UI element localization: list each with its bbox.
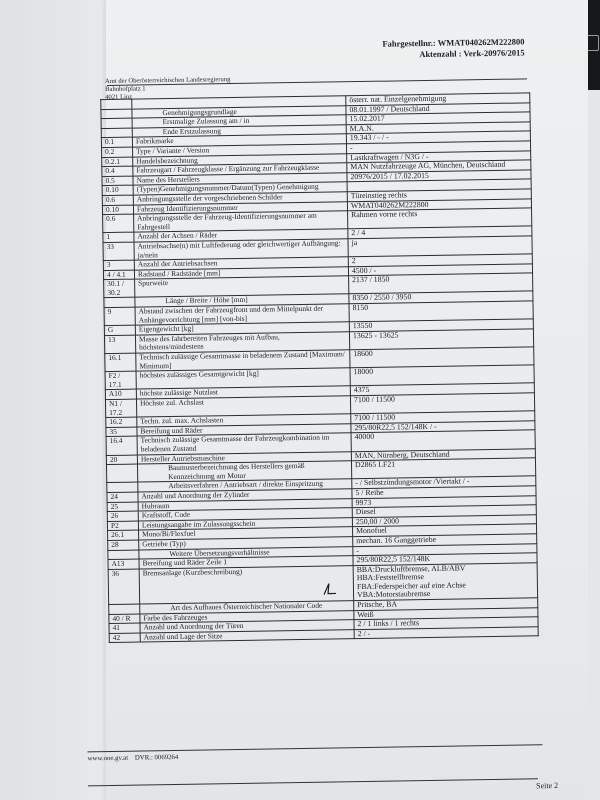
row-code: 42 [109, 633, 140, 643]
footer: www.ooe.gv.at DVR.: 0069264 [88, 754, 179, 762]
row-code [101, 99, 132, 109]
row-code: 0.6 [102, 195, 133, 205]
row-code: 28 [108, 540, 139, 550]
row-code: 9 [104, 307, 135, 326]
footer-divider [87, 744, 542, 752]
row-code: 30.1 / 30.2 [104, 279, 135, 298]
row-code [109, 604, 140, 614]
row-code: 3 [103, 260, 134, 270]
row-code: 0.2 [102, 147, 133, 157]
row-code: G [104, 325, 135, 335]
row-code: 33 [103, 242, 134, 261]
pen-mark-icon [323, 581, 337, 595]
document-content: Fahrgestellnr.: WMAT040262M222800 Aktenz… [0, 0, 600, 800]
row-code: 16.4 [106, 436, 137, 455]
page-number: Seite 2 [536, 781, 558, 790]
row-code: 16.1 [105, 353, 136, 372]
row-code: 26.1 [108, 530, 139, 540]
row-code: 0.6 [103, 214, 134, 233]
row-label: Bremsanlage (Kurzbeschreibung) [139, 565, 354, 604]
vehicle-spec-table: österr. nat. EinzelgenehmigungGenehmigun… [100, 92, 538, 643]
row-code [101, 118, 132, 128]
row-code: A13 [108, 559, 139, 569]
row-code: 20 [106, 455, 137, 465]
bottom-divider [88, 778, 538, 786]
footer-website: www.ooe.gv.at [88, 755, 129, 763]
row-code [106, 464, 137, 483]
footer-dvr: DVR.: 0069264 [135, 754, 179, 762]
row-code: 16.2 [106, 417, 137, 427]
row-code [101, 109, 132, 119]
row-value: BBA:Druckluftbremse, ALB/ABV HBA:Festste… [353, 562, 538, 600]
row-code: 1 [103, 232, 134, 242]
row-code: 24 [107, 492, 138, 502]
row-code: 13 [104, 335, 135, 354]
row-code: 26 [107, 511, 138, 521]
document-header-references: Fahrgestellnr.: WMAT040262M222800 Aktenz… [364, 36, 524, 61]
row-label: Anzahl und Lage der Sitze [140, 630, 354, 643]
row-code: N1 / 17.2 [105, 399, 136, 418]
row-code: 36 [108, 569, 140, 605]
row-code: F2 / 17.1 [105, 371, 136, 390]
row-code: 0.4 [102, 166, 133, 176]
row-code: 41 [109, 623, 140, 633]
